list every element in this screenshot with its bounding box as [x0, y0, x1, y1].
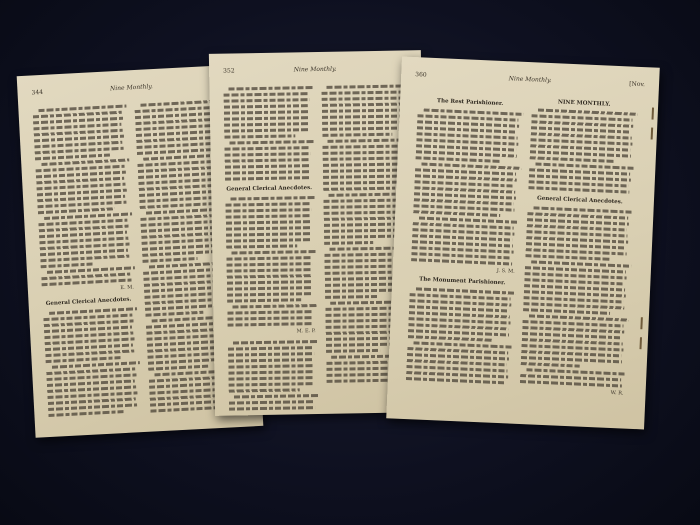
text-line: [227, 310, 312, 314]
text-line: [322, 108, 405, 112]
text-line: [226, 214, 311, 218]
text-line: [323, 156, 406, 160]
text-line: [48, 410, 125, 417]
text-line: [224, 128, 309, 132]
text-line: [323, 180, 406, 184]
running-title: Nine Monthly.: [223, 64, 407, 74]
text-line: [227, 298, 301, 302]
text-line: [226, 220, 311, 224]
header-right: [Nov.: [629, 80, 645, 88]
running-title: Nine Monthly.: [415, 71, 645, 88]
text-line: [528, 186, 629, 193]
text-line: [224, 134, 295, 138]
text-line: [224, 110, 309, 114]
text-line: [323, 162, 406, 166]
text-line: [227, 280, 313, 285]
text-line: [225, 202, 310, 206]
text-line: [323, 150, 407, 154]
text-line: [229, 400, 314, 404]
page-header: 360 Nine Monthly. [Nov.: [415, 71, 645, 93]
text-line: [142, 257, 197, 263]
text-block: [223, 86, 313, 181]
signature: W. R.: [519, 386, 623, 397]
text-block: [520, 206, 632, 387]
text-column-left: E. M. General Clerical Anecdotes.: [32, 105, 140, 417]
text-line: [228, 346, 313, 350]
text-line: [224, 92, 309, 96]
text-line: [226, 208, 312, 213]
text-line: [225, 152, 311, 157]
text-line: [227, 286, 312, 290]
text-line: [45, 349, 134, 357]
text-line: [233, 340, 318, 344]
text-line: [322, 96, 406, 100]
sub-title: NINE MONTHLY.: [532, 98, 636, 109]
text-line: [224, 104, 309, 108]
text-line: [227, 268, 312, 272]
text-block: [32, 105, 133, 287]
text-line: [148, 365, 209, 371]
text-line: [229, 376, 314, 380]
text-line: [225, 164, 310, 168]
signature: M. E. P.: [228, 328, 316, 336]
page-header: 344 Nine Monthly. [Nov.: [31, 79, 231, 101]
text-line: [225, 170, 311, 175]
text-line: [226, 226, 312, 231]
text-line: [40, 255, 129, 263]
text-line: [324, 241, 373, 245]
text-line: [145, 311, 203, 317]
right-page: 360 Nine Monthly. [Nov. The Rest Parishi…: [386, 57, 660, 430]
running-title: Nine Monthly.: [31, 79, 231, 96]
text-line: [322, 120, 405, 124]
binding-staple: [651, 127, 654, 139]
text-line: [224, 122, 309, 126]
text-line: [226, 232, 311, 236]
signature: E. M.: [42, 284, 134, 295]
text-line: [224, 116, 310, 121]
text-line: [41, 262, 94, 268]
text-line: [322, 114, 406, 118]
text-line: [226, 256, 311, 260]
text-line: [233, 304, 318, 308]
text-line: [228, 352, 314, 357]
text-line: [35, 147, 124, 155]
section-title: The Rest Parishioner.: [418, 97, 522, 108]
text-line: [322, 133, 392, 137]
page-header: 352 Nine Monthly.: [223, 64, 407, 79]
text-line: [228, 358, 313, 362]
text-line: [234, 394, 319, 398]
section-title: General Clerical Anecdotes.: [42, 296, 134, 307]
text-column-left: General Clerical Anecdotes. M. E. P.: [223, 86, 316, 395]
text-line: [225, 158, 310, 162]
signature: J. S. M.: [411, 264, 515, 275]
text-line: [322, 126, 405, 130]
text-line: [228, 364, 313, 368]
text-block: [528, 108, 635, 193]
text-line: [326, 349, 380, 353]
text-line: [323, 198, 406, 202]
text-line: [227, 292, 312, 296]
binding-staple: [639, 337, 642, 349]
binding-staple: [640, 317, 643, 329]
text-line: [224, 98, 310, 103]
text-line: [322, 90, 405, 94]
text-line: [227, 316, 313, 321]
text-line: [228, 322, 313, 326]
text-line: [229, 382, 314, 386]
text-line: [231, 196, 316, 200]
text-line: [323, 168, 407, 172]
text-line: [227, 262, 313, 267]
section-title: General Clerical Anecdotes.: [225, 185, 313, 193]
text-line: [226, 244, 297, 248]
text-column-left: The Rest Parishioner. J. S. M. The Monum…: [405, 91, 522, 403]
text-line: [232, 250, 317, 254]
text-block: [225, 196, 315, 327]
text-line: [228, 370, 314, 375]
text-line: [327, 84, 410, 88]
text-line: [226, 238, 311, 242]
text-block: [411, 108, 522, 265]
binding-staple: [652, 107, 655, 119]
text-line: [323, 187, 395, 191]
text-block: [406, 287, 514, 384]
text-line: [229, 406, 315, 411]
text-block: [43, 307, 140, 417]
text-line: [229, 86, 314, 90]
text-line: [229, 388, 300, 392]
text-block: [228, 340, 317, 411]
text-line: [225, 176, 310, 180]
text-line: [325, 295, 377, 299]
text-line: [230, 140, 315, 144]
section-title: General Clerical Anecdotes.: [528, 195, 632, 206]
text-line: [322, 144, 405, 148]
text-line: [322, 102, 405, 106]
section-title: The Monument Parishioner.: [410, 276, 514, 287]
text-line: [324, 210, 407, 214]
text-line: [521, 362, 580, 368]
text-column-right: NINE MONTHLY. General Clerical Anecdotes…: [519, 96, 636, 408]
text-line: [224, 146, 309, 150]
text-line: [323, 174, 406, 178]
text-line: [406, 377, 506, 384]
text-line: [227, 274, 312, 278]
